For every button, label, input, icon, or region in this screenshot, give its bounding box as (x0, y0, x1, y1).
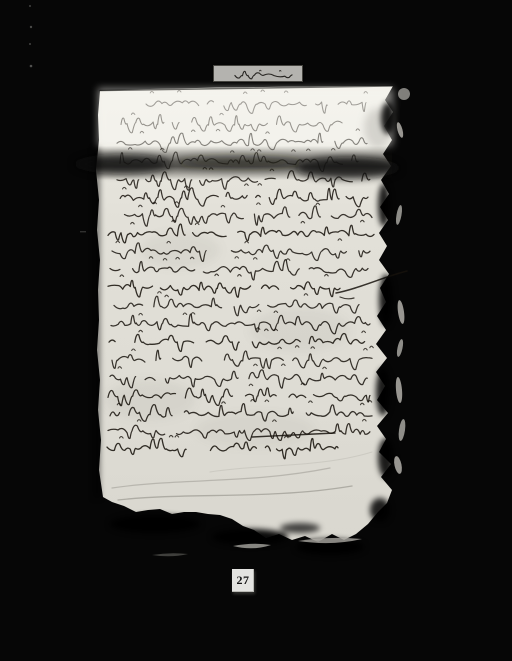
page-number: 27 (237, 573, 250, 588)
handwriting-line (260, 70, 282, 71)
archive-label (213, 65, 303, 82)
archive-label-script (214, 66, 302, 81)
fold-shadow (74, 146, 400, 180)
manuscript-photo-canvas (0, 0, 512, 661)
handwriting-line (235, 71, 292, 79)
photograph: 27 (0, 0, 512, 661)
page-number-badge: 27 (232, 569, 254, 592)
top-flap-highlight (98, 88, 393, 146)
